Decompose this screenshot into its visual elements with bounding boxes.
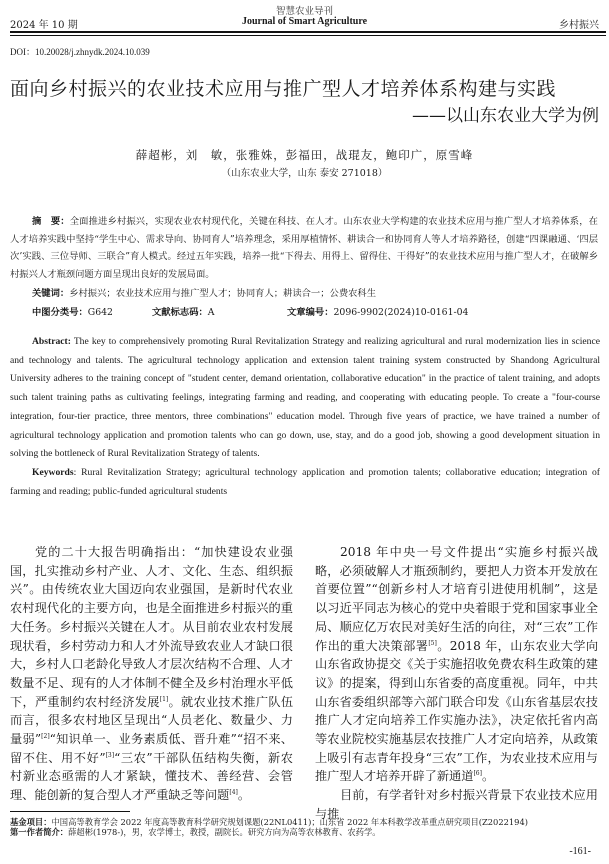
article-no-value: 2096-9902(2024)10-0161-04: [334, 307, 469, 318]
keywords-cn-text: 乡村振兴；农业技术应用与推广型人才；协同育人；耕读合一；公费农科生: [69, 288, 376, 299]
author-list: 薛超彬，刘 敏，张雅姝，彭福田，战琨友，鲍印广，原雪峰: [0, 147, 609, 163]
header-rule-thin: [10, 35, 606, 36]
doc-code-label: 文献标志码：: [152, 304, 208, 318]
article-no-label: 文章编号：: [287, 304, 334, 318]
citation-ref[interactable]: [1]: [160, 696, 169, 703]
footnote-author: 第一作者简介：薛超彬(1978-)，男，农学博士，教授，副院长。研究方向为高等农…: [10, 828, 528, 838]
abstract-en: Abstract: The key to comprehensively pro…: [10, 333, 600, 464]
abstract-cn-text: 全面推进乡村振兴，实现农业农村现代化，关键在科技、在人才。山东农业大学构建的农业…: [10, 216, 598, 280]
affiliation: （山东农业大学，山东 泰安 271018）: [0, 165, 609, 179]
doc-code-value: A: [208, 307, 215, 318]
citation-ref[interactable]: [6]: [473, 770, 482, 777]
keywords-en: Keywords: Rural Revitalization Strategy;…: [10, 464, 600, 501]
body-paragraph: 2018 年中央一号文件提出“实施乡村振兴战略，必须破解人才瓶颈制约，要把人力资…: [315, 543, 598, 786]
section-label: 乡村振兴: [559, 16, 599, 31]
abstract-en-text: The key to comprehensively promoting Rur…: [10, 336, 600, 459]
paper-title: 面向乡村振兴的农业技术应用与推广型人才培养体系构建与实践: [10, 74, 556, 101]
clc-value: G642: [88, 307, 113, 318]
paper-subtitle: ——以山东农业大学为例: [412, 101, 599, 126]
keywords-cn: 关键词：乡村振兴；农业技术应用与推广型人才；协同育人；耕读合一；公费农科生: [32, 285, 376, 299]
citation-ref[interactable]: [4]: [229, 789, 238, 796]
clc-label: 中图分类号：: [32, 304, 88, 318]
keywords-cn-label: 关键词：: [32, 288, 69, 299]
abstract-cn: 摘 要：全面推进乡村振兴，实现农业农村现代化，关键在科技、在人才。山东农业大学构…: [10, 213, 598, 283]
citation-ref[interactable]: [5]: [428, 639, 437, 646]
abstract-cn-label: 摘 要：: [32, 216, 70, 227]
footnote-divider: [10, 811, 130, 812]
page-number: -161-: [569, 846, 591, 857]
journal-name-en: Journal of Smart Agriculture: [0, 16, 609, 27]
keywords-en-text: : Rural Revitalization Strategy; agricul…: [10, 467, 600, 497]
doi: DOI：10.20028/j.zhnydk.2024.10.039: [10, 45, 150, 58]
body-column-right: 2018 年中央一号文件提出“实施乡村振兴战略，必须破解人才瓶颈制约，要把人力资…: [315, 543, 598, 824]
classification-meta: 中图分类号：G642文献标志码：A文章编号：2096-9902(2024)10-…: [32, 304, 468, 318]
body-column-left: 党的二十大报告明确指出：“加快建设农业强国，扎实推动乡村产业、人才、文化、生态、…: [10, 543, 293, 805]
footnotes: 基金项目：中国高等教育学会 2022 年度高等教育科学研究规划课题(22NL04…: [10, 818, 528, 837]
header-rule-thick: [10, 31, 606, 33]
body-paragraph: 党的二十大报告明确指出：“加快建设农业强国，扎实推动乡村产业、人才、文化、生态、…: [10, 543, 293, 805]
citation-ref[interactable]: [2]: [41, 733, 50, 740]
keywords-en-label: Keywords: [32, 467, 74, 478]
citation-ref[interactable]: [3]: [106, 752, 115, 759]
abstract-en-label: Abstract:: [32, 336, 71, 347]
journal-name-cn: 智慧农业导刊: [0, 3, 609, 17]
